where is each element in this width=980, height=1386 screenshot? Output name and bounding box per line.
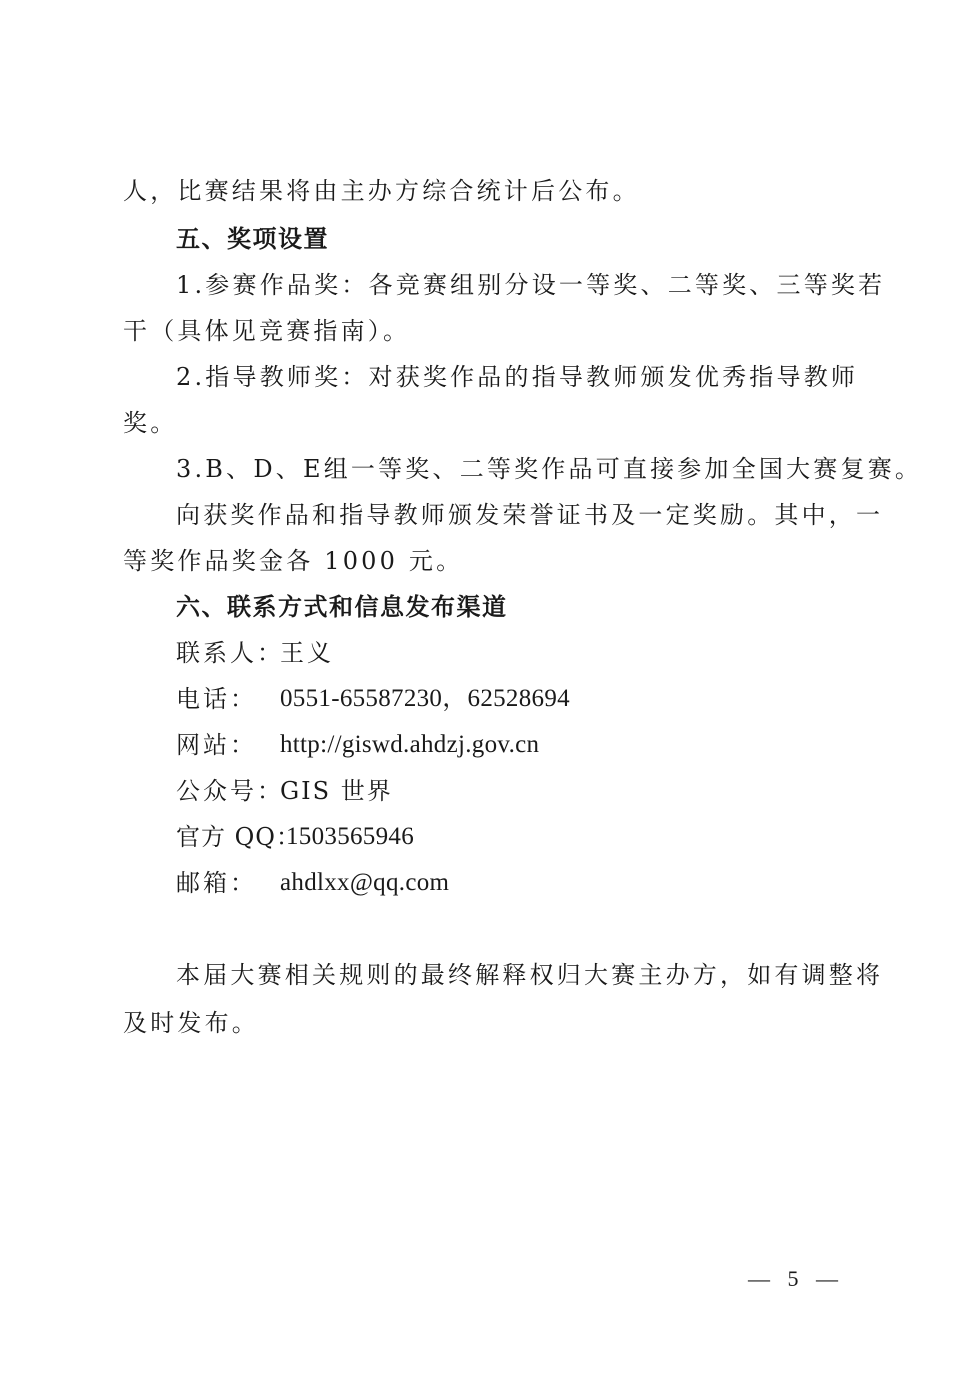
website-link[interactable]: http://giswd.ahdzj.gov.cn bbox=[280, 730, 539, 760]
award-item-2-line-2: 奖。 bbox=[123, 408, 177, 438]
contact-person-row: 联系人： 王义 bbox=[176, 638, 334, 668]
page-number: — 5 — bbox=[748, 1265, 844, 1293]
closing-paragraph-line-2: 及时发布。 bbox=[123, 1008, 259, 1038]
award-item-2-line-1: 2.指导教师奖：对获奖作品的指导教师颁发优秀指导教师 bbox=[176, 362, 858, 392]
website-label: 网 站： bbox=[176, 730, 256, 760]
email-link[interactable]: ahdlxx@qq.com bbox=[280, 868, 449, 898]
email-row: 邮 箱： ahdlxx@qq.com bbox=[176, 868, 449, 898]
continuation-paragraph: 人，比赛结果将由主办方综合统计后公布。 bbox=[123, 176, 640, 206]
award-item-1-line-2: 干（具体见竞赛指南）。 bbox=[123, 316, 410, 346]
contact-person-value: 王义 bbox=[280, 638, 334, 668]
email-label-char-1: 邮 bbox=[176, 868, 203, 898]
award-item-1-line-1: 1.参赛作品奖：各竞赛组别分设一等奖、二等奖、三等奖若 bbox=[176, 270, 885, 300]
phone-label-char-2: 话： bbox=[203, 684, 257, 714]
qq-value: 1503565946 bbox=[286, 822, 414, 852]
section-heading-contact: 六、联系方式和信息发布渠道 bbox=[176, 592, 508, 622]
wechat-account-label: 公众号： bbox=[176, 776, 280, 806]
qq-label: 官方 QQ： bbox=[176, 822, 286, 852]
document-page: 人，比赛结果将由主办方综合统计后公布。 五、奖项设置 1.参赛作品奖：各竞赛组别… bbox=[0, 0, 980, 1386]
qq-row: 官方 QQ： 1503565946 bbox=[176, 822, 414, 852]
section-heading-awards: 五、奖项设置 bbox=[176, 224, 329, 254]
phone-label: 电 话： bbox=[176, 684, 256, 714]
wechat-account-row: 公众号： GIS 世界 bbox=[176, 776, 393, 806]
website-label-char-1: 网 bbox=[176, 730, 203, 760]
phone-row: 电 话： 0551-65587230，62528694 bbox=[176, 684, 570, 714]
email-label-char-2: 箱： bbox=[203, 868, 257, 898]
closing-paragraph-line-1: 本届大赛相关规则的最终解释权归大赛主办方，如有调整将 bbox=[176, 960, 883, 990]
website-row: 网 站： http://giswd.ahdzj.gov.cn bbox=[176, 730, 539, 760]
award-item-3: 3.B、D、E组一等奖、二等奖作品可直接参加全国大赛复赛。 bbox=[176, 454, 922, 484]
phone-value: 0551-65587230，62528694 bbox=[280, 684, 570, 714]
email-label: 邮 箱： bbox=[176, 868, 256, 898]
award-paragraph-line-2: 等奖作品奖金各 1000 元。 bbox=[123, 546, 463, 576]
wechat-account-value: GIS 世界 bbox=[280, 776, 393, 806]
contact-person-label: 联系人： bbox=[176, 638, 280, 668]
award-paragraph-line-1: 向获奖作品和指导教师颁发荣誉证书及一定奖励。其中，一 bbox=[176, 500, 883, 530]
website-label-char-2: 站： bbox=[203, 730, 257, 760]
phone-label-char-1: 电 bbox=[176, 684, 203, 714]
